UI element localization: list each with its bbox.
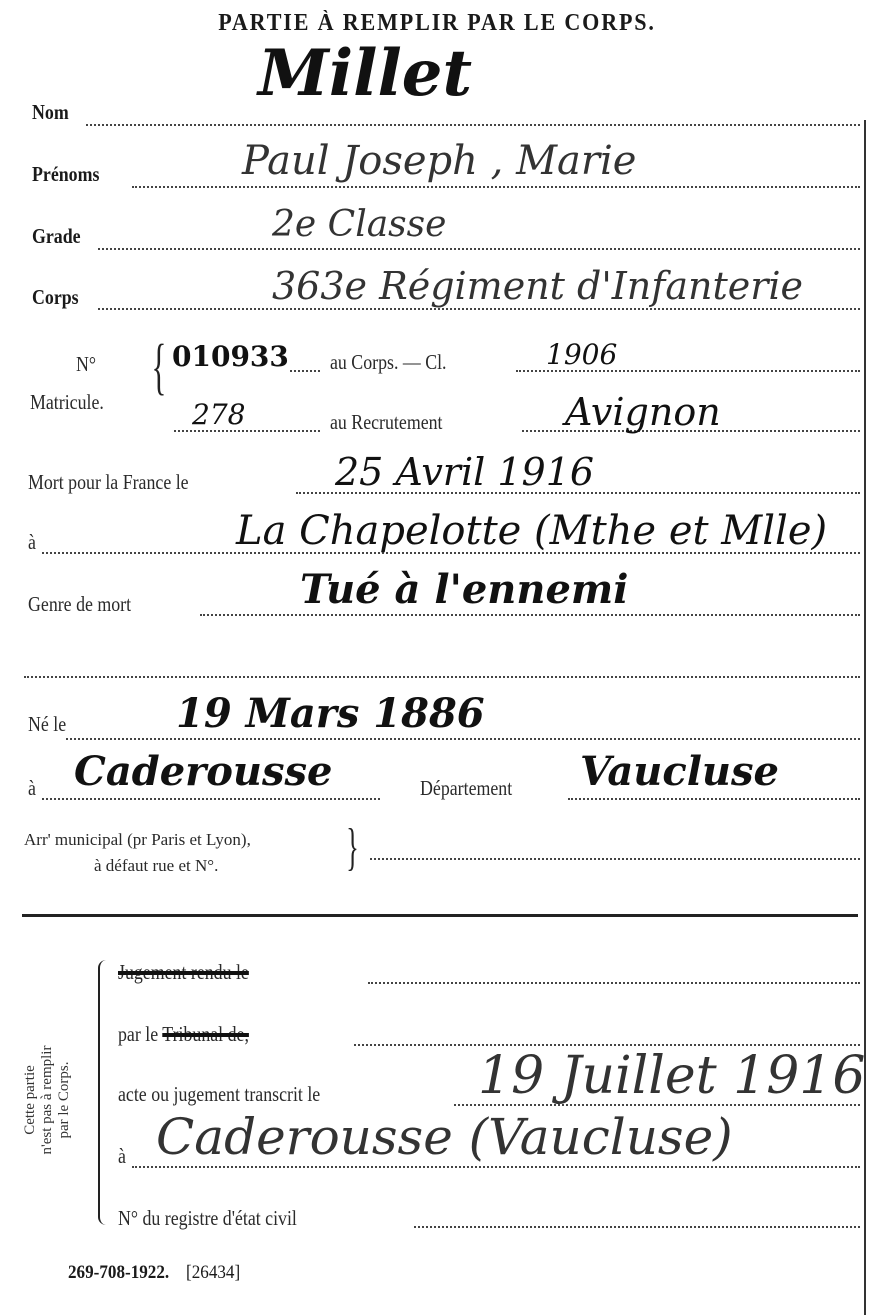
grade-value: 2e Classe xyxy=(272,204,446,245)
prenoms-label: Prénoms xyxy=(32,162,99,187)
side-note-line-3: par le Corps. xyxy=(56,990,73,1210)
grade-label: Grade xyxy=(32,224,81,249)
footer-ref: [26434] xyxy=(186,1262,240,1283)
transcrit-lieu-value: Caderousse (Vaucluse) xyxy=(156,1108,733,1166)
genre-mort-line xyxy=(200,614,860,616)
departement-line xyxy=(568,798,860,800)
footer-form-code: 269-708-1922. xyxy=(68,1262,169,1283)
matricule-corps-label: au Corps. — Cl. xyxy=(330,350,447,375)
grade-line xyxy=(98,248,860,250)
section-separator xyxy=(22,914,858,917)
nom-label: Nom xyxy=(32,100,69,125)
recrutement-label: au Recrutement xyxy=(330,410,443,435)
nom-value: Millet xyxy=(258,36,472,111)
nom-line xyxy=(86,124,860,126)
departement-value: Vaucluse xyxy=(580,748,779,795)
prenoms-value: Paul Joseph , Marie xyxy=(242,138,636,184)
arrondissement-brace: } xyxy=(346,822,358,874)
jugement-label: Jugement rendu le xyxy=(118,960,249,985)
ne-le-label: Né le xyxy=(28,712,66,737)
ne-lieu-line xyxy=(42,798,380,800)
blank-line xyxy=(24,676,860,678)
transcrit-label: acte ou jugement transcrit le xyxy=(118,1082,320,1107)
tribunal-prefix: par le xyxy=(118,1022,158,1046)
ne-lieu-label: à xyxy=(28,776,36,801)
arrondissement-label-2: à défaut rue et N°. xyxy=(94,856,218,876)
arrondissement-label-1: Arr' municipal (pr Paris et Lyon), xyxy=(24,830,251,850)
lower-brace xyxy=(98,960,108,1225)
transcrit-value: 19 Juillet 1916 xyxy=(478,1046,865,1106)
side-note-line-2: n'est pas à remplir xyxy=(39,990,56,1210)
registre-line xyxy=(414,1226,860,1228)
jugement-line xyxy=(368,982,860,984)
matricule-label-no: N° xyxy=(76,352,96,377)
transcrit-lieu-label: à xyxy=(118,1144,126,1169)
corps-line xyxy=(98,308,860,310)
tribunal-label: par le Tribunal de, xyxy=(118,1022,249,1047)
registre-label: N° du registre d'état civil xyxy=(118,1206,297,1231)
mort-lieu-value: La Chapelotte (Mthe et Mlle) xyxy=(236,508,827,554)
arrondissement-line xyxy=(370,858,860,860)
transcrit-lieu-line xyxy=(132,1166,860,1168)
classe-value: 1906 xyxy=(546,338,617,371)
mort-lieu-label: à xyxy=(28,530,36,555)
recrutement-place-value: Avignon xyxy=(565,390,721,434)
mort-date-value: 25 Avril 1916 xyxy=(335,450,594,494)
side-note-line-1: Cette partie xyxy=(22,990,39,1210)
mort-date-label: Mort pour la France le xyxy=(28,470,189,495)
ne-le-value: 19 Mars 1886 xyxy=(176,690,485,737)
genre-mort-value: Tué à l'ennemi xyxy=(300,566,628,613)
jugement-label-text: Jugement rendu le xyxy=(118,960,249,984)
corps-value: 363e Régiment d'Infanterie xyxy=(272,264,803,308)
right-border xyxy=(864,120,866,1315)
tribunal-struck: Tribunal de, xyxy=(162,1022,249,1046)
side-note: Cette partie n'est pas à remplir par le … xyxy=(22,990,92,1210)
matricule-corps-line xyxy=(290,370,320,372)
matricule-label: Matricule. xyxy=(30,390,104,415)
ne-lieu-value: Caderousse xyxy=(74,748,333,795)
ne-le-line xyxy=(66,738,860,740)
corps-label: Corps xyxy=(32,285,79,310)
footer-code: 269-708-1922. [26434] xyxy=(68,1262,240,1284)
genre-mort-label: Genre de mort xyxy=(28,592,131,617)
matricule-corps-value: 010933 xyxy=(172,340,289,373)
departement-label: Département xyxy=(420,776,512,801)
matricule-brace: { xyxy=(151,336,166,398)
form-title: PARTIE À REMPLIR PAR LE CORPS. xyxy=(35,10,839,37)
prenoms-line xyxy=(132,186,860,188)
recrutement-number-value: 278 xyxy=(192,398,245,431)
